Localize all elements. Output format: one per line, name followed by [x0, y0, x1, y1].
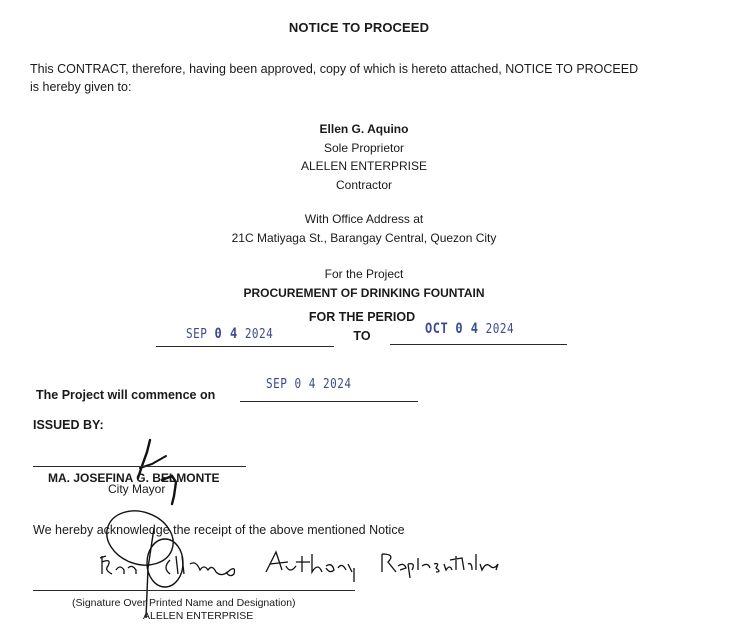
- stamp-day: 0 4: [455, 320, 478, 337]
- intro-line-2: is hereby given to:: [30, 78, 710, 96]
- stamp-day: 0 4: [215, 325, 238, 342]
- address-block: With Office Address at 21C Matiyaga St.,…: [0, 210, 728, 247]
- stamp-month: SEP: [266, 376, 287, 392]
- signature-caption: (Signature Over Printed Name and Designa…: [72, 597, 296, 609]
- contractor-signature-line: [33, 590, 355, 591]
- project-block: For the Project PROCUREMENT OF DRINKING …: [0, 265, 728, 302]
- project-name: PROCUREMENT OF DRINKING FOUNTAIN: [0, 284, 728, 303]
- commence-line: [240, 401, 418, 402]
- address-label: With Office Address at: [0, 210, 728, 229]
- commence-label: The Project will commence on: [36, 388, 215, 402]
- period-to-label: TO: [340, 329, 384, 343]
- mayor-signature-line: [33, 466, 246, 467]
- period-start-stamp: SEP 0 4 2024: [186, 325, 273, 342]
- stamp-day: 0 4: [295, 376, 316, 392]
- period-end-line: [390, 344, 567, 345]
- stamp-year: 2024: [486, 321, 515, 337]
- acknowledgement-company: ALELEN ENTERPRISE: [143, 610, 253, 622]
- contractor-block: Ellen G. Aquino Sole Proprietor ALELEN E…: [0, 120, 728, 194]
- project-label: For the Project: [0, 265, 728, 284]
- period-label: FOR THE PERIOD: [300, 310, 424, 324]
- contractor-role: Contractor: [0, 176, 728, 195]
- intro-paragraph: This CONTRACT, therefore, having been ap…: [30, 60, 710, 96]
- contractor-name: Ellen G. Aquino: [0, 120, 728, 139]
- contractor-position: Sole Proprietor: [0, 139, 728, 158]
- intro-line-1: This CONTRACT, therefore, having been ap…: [30, 60, 710, 78]
- commence-stamp: SEP 0 4 2024: [266, 376, 352, 392]
- address-value: 21C Matiyaga St., Barangay Central, Quez…: [0, 229, 728, 248]
- stamp-year: 2024: [245, 326, 274, 342]
- period-start-line: [156, 346, 334, 347]
- stamp-month: SEP: [186, 326, 207, 342]
- document-title: NOTICE TO PROCEED: [0, 20, 718, 35]
- stamp-year: 2024: [323, 376, 352, 392]
- mayor-title: City Mayor: [108, 482, 165, 496]
- period-end-stamp: OCT 0 4 2024: [425, 320, 514, 337]
- stamp-month: OCT: [425, 320, 448, 337]
- contractor-company: ALELEN ENTERPRISE: [0, 157, 728, 176]
- issued-by-label: ISSUED BY:: [33, 418, 104, 432]
